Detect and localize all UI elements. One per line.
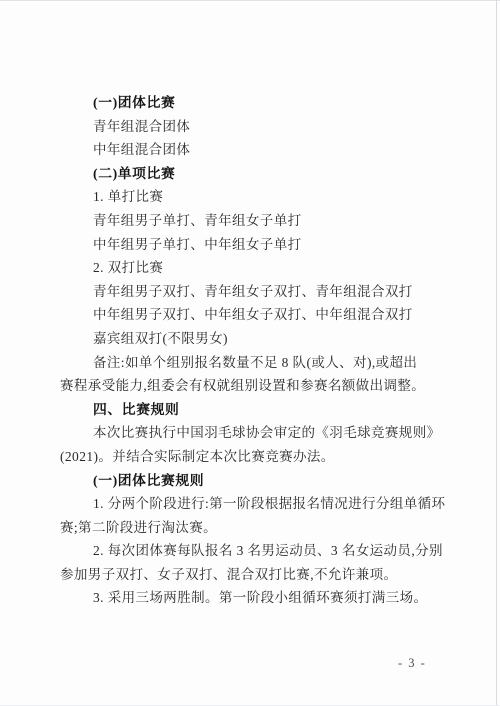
- line-youth-singles: 青年组男子单打、青年组女子单打: [60, 209, 442, 233]
- line-team-rule2-part1: 2. 每次团体赛每队报名 3 名男运动员、3 名女运动员,分别: [60, 539, 442, 563]
- page-number: - 3 -: [398, 655, 426, 671]
- line-singles-title: 1. 单打比赛: [60, 185, 442, 209]
- scan-edge-right: [496, 0, 497, 706]
- line-doubles-title: 2. 双打比赛: [60, 256, 442, 280]
- document-body: (一)团体比赛 青年组混合团体 中年组混合团体 (二)单项比赛 1. 单打比赛 …: [60, 91, 442, 610]
- section-heading-team-events: (一)团体比赛: [60, 91, 442, 115]
- section-heading-competition-rules: 四、比赛规则: [60, 398, 442, 422]
- line-guest-doubles: 嘉宾组双打(不限男女): [60, 327, 442, 351]
- line-rules-intro-part2: (2021)。并结合实际制定本次比赛竞赛办法。: [60, 445, 442, 469]
- line-team-rule1-part2: 赛;第二阶段进行淘汰赛。: [60, 516, 442, 540]
- section-heading-team-rules: (一)团体比赛规则: [60, 469, 442, 493]
- line-middle-doubles: 中年组男子双打、中年组女子双打、中年组混合双打: [60, 303, 442, 327]
- line-note-part2: 赛程承受能力,组委会有权就组别设置和参赛名额做出调整。: [60, 374, 442, 398]
- scan-edge-top: [0, 0, 500, 1]
- line-middle-mixed-team: 中年组混合团体: [60, 138, 442, 162]
- line-team-rule3: 3. 采用三场两胜制。第一阶段小组循环赛须打满三场。: [60, 586, 442, 610]
- line-team-rule2-part2: 参加男子双打、女子双打、混合双打比赛,不允许兼项。: [60, 563, 442, 587]
- line-youth-mixed-team: 青年组混合团体: [60, 115, 442, 139]
- line-note-part1: 备注:如单个组别报名数量不足 8 队(或人、对),或超出: [60, 351, 442, 375]
- section-heading-individual-events: (二)单项比赛: [60, 162, 442, 186]
- line-youth-doubles: 青年组男子双打、青年组女子双打、青年组混合双打: [60, 280, 442, 304]
- line-middle-singles: 中年组男子单打、中年组女子单打: [60, 233, 442, 257]
- line-rules-intro-part1: 本次比赛执行中国羽毛球协会审定的《羽毛球竞赛规则》: [60, 421, 442, 445]
- line-team-rule1-part1: 1. 分两个阶段进行:第一阶段根据报名情况进行分组单循环: [60, 492, 442, 516]
